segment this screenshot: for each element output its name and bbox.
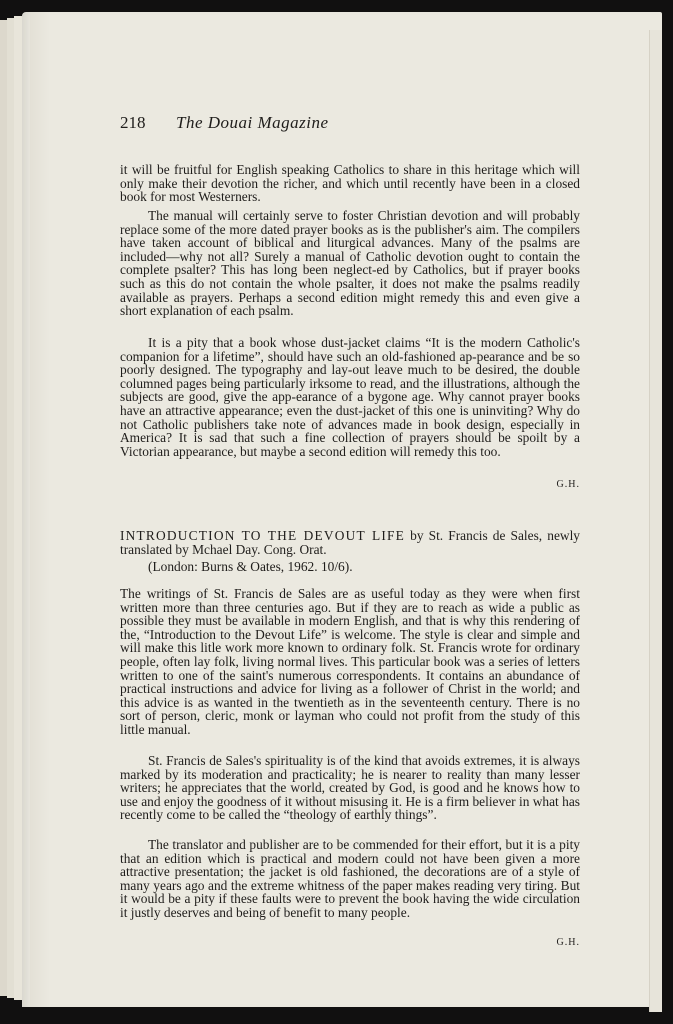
page-fold xyxy=(30,12,50,1007)
publication-info: (London: Burns & Oates, 1962. 10/6). xyxy=(148,559,353,575)
review-1-continuation: it will be fruitful for English speaking… xyxy=(120,163,580,204)
review-2-body: St. Francis de Sales's spirituality is o… xyxy=(120,754,580,822)
paragraph: The translator and publisher are to be c… xyxy=(120,838,580,920)
paragraph: The manual will certainly serve to foste… xyxy=(120,209,580,318)
magazine-page: 218The Douai Magazine it will be fruitfu… xyxy=(22,12,662,1007)
review-2-signature: G.H. xyxy=(557,937,580,948)
paragraph: St. Francis de Sales's spirituality is o… xyxy=(120,754,580,822)
review-1-signature: G.H. xyxy=(557,479,580,490)
facing-page-edge xyxy=(649,30,662,1012)
review-1-body: The manual will certainly serve to foste… xyxy=(120,209,580,318)
review-2-heading: INTRODUCTION TO THE DEVOUT LIFE by St. F… xyxy=(120,529,580,557)
paragraph: it will be fruitful for English speaking… xyxy=(120,163,580,204)
page-number: 218 xyxy=(120,113,176,133)
paragraph: The writings of St. Francis de Sales are… xyxy=(120,587,580,737)
journal-title: The Douai Magazine xyxy=(176,113,329,132)
paragraph: It is a pity that a book whose dust-jack… xyxy=(120,336,580,458)
scanned-page-view: 218The Douai Magazine it will be fruitfu… xyxy=(0,0,673,1024)
review-2-body: The writings of St. Francis de Sales are… xyxy=(120,587,580,737)
review-1-body: It is a pity that a book whose dust-jack… xyxy=(120,336,580,458)
book-title: INTRODUCTION TO THE DEVOUT LIFE xyxy=(120,528,405,543)
review-2-body: The translator and publisher are to be c… xyxy=(120,838,580,920)
running-head: 218The Douai Magazine xyxy=(120,113,329,133)
